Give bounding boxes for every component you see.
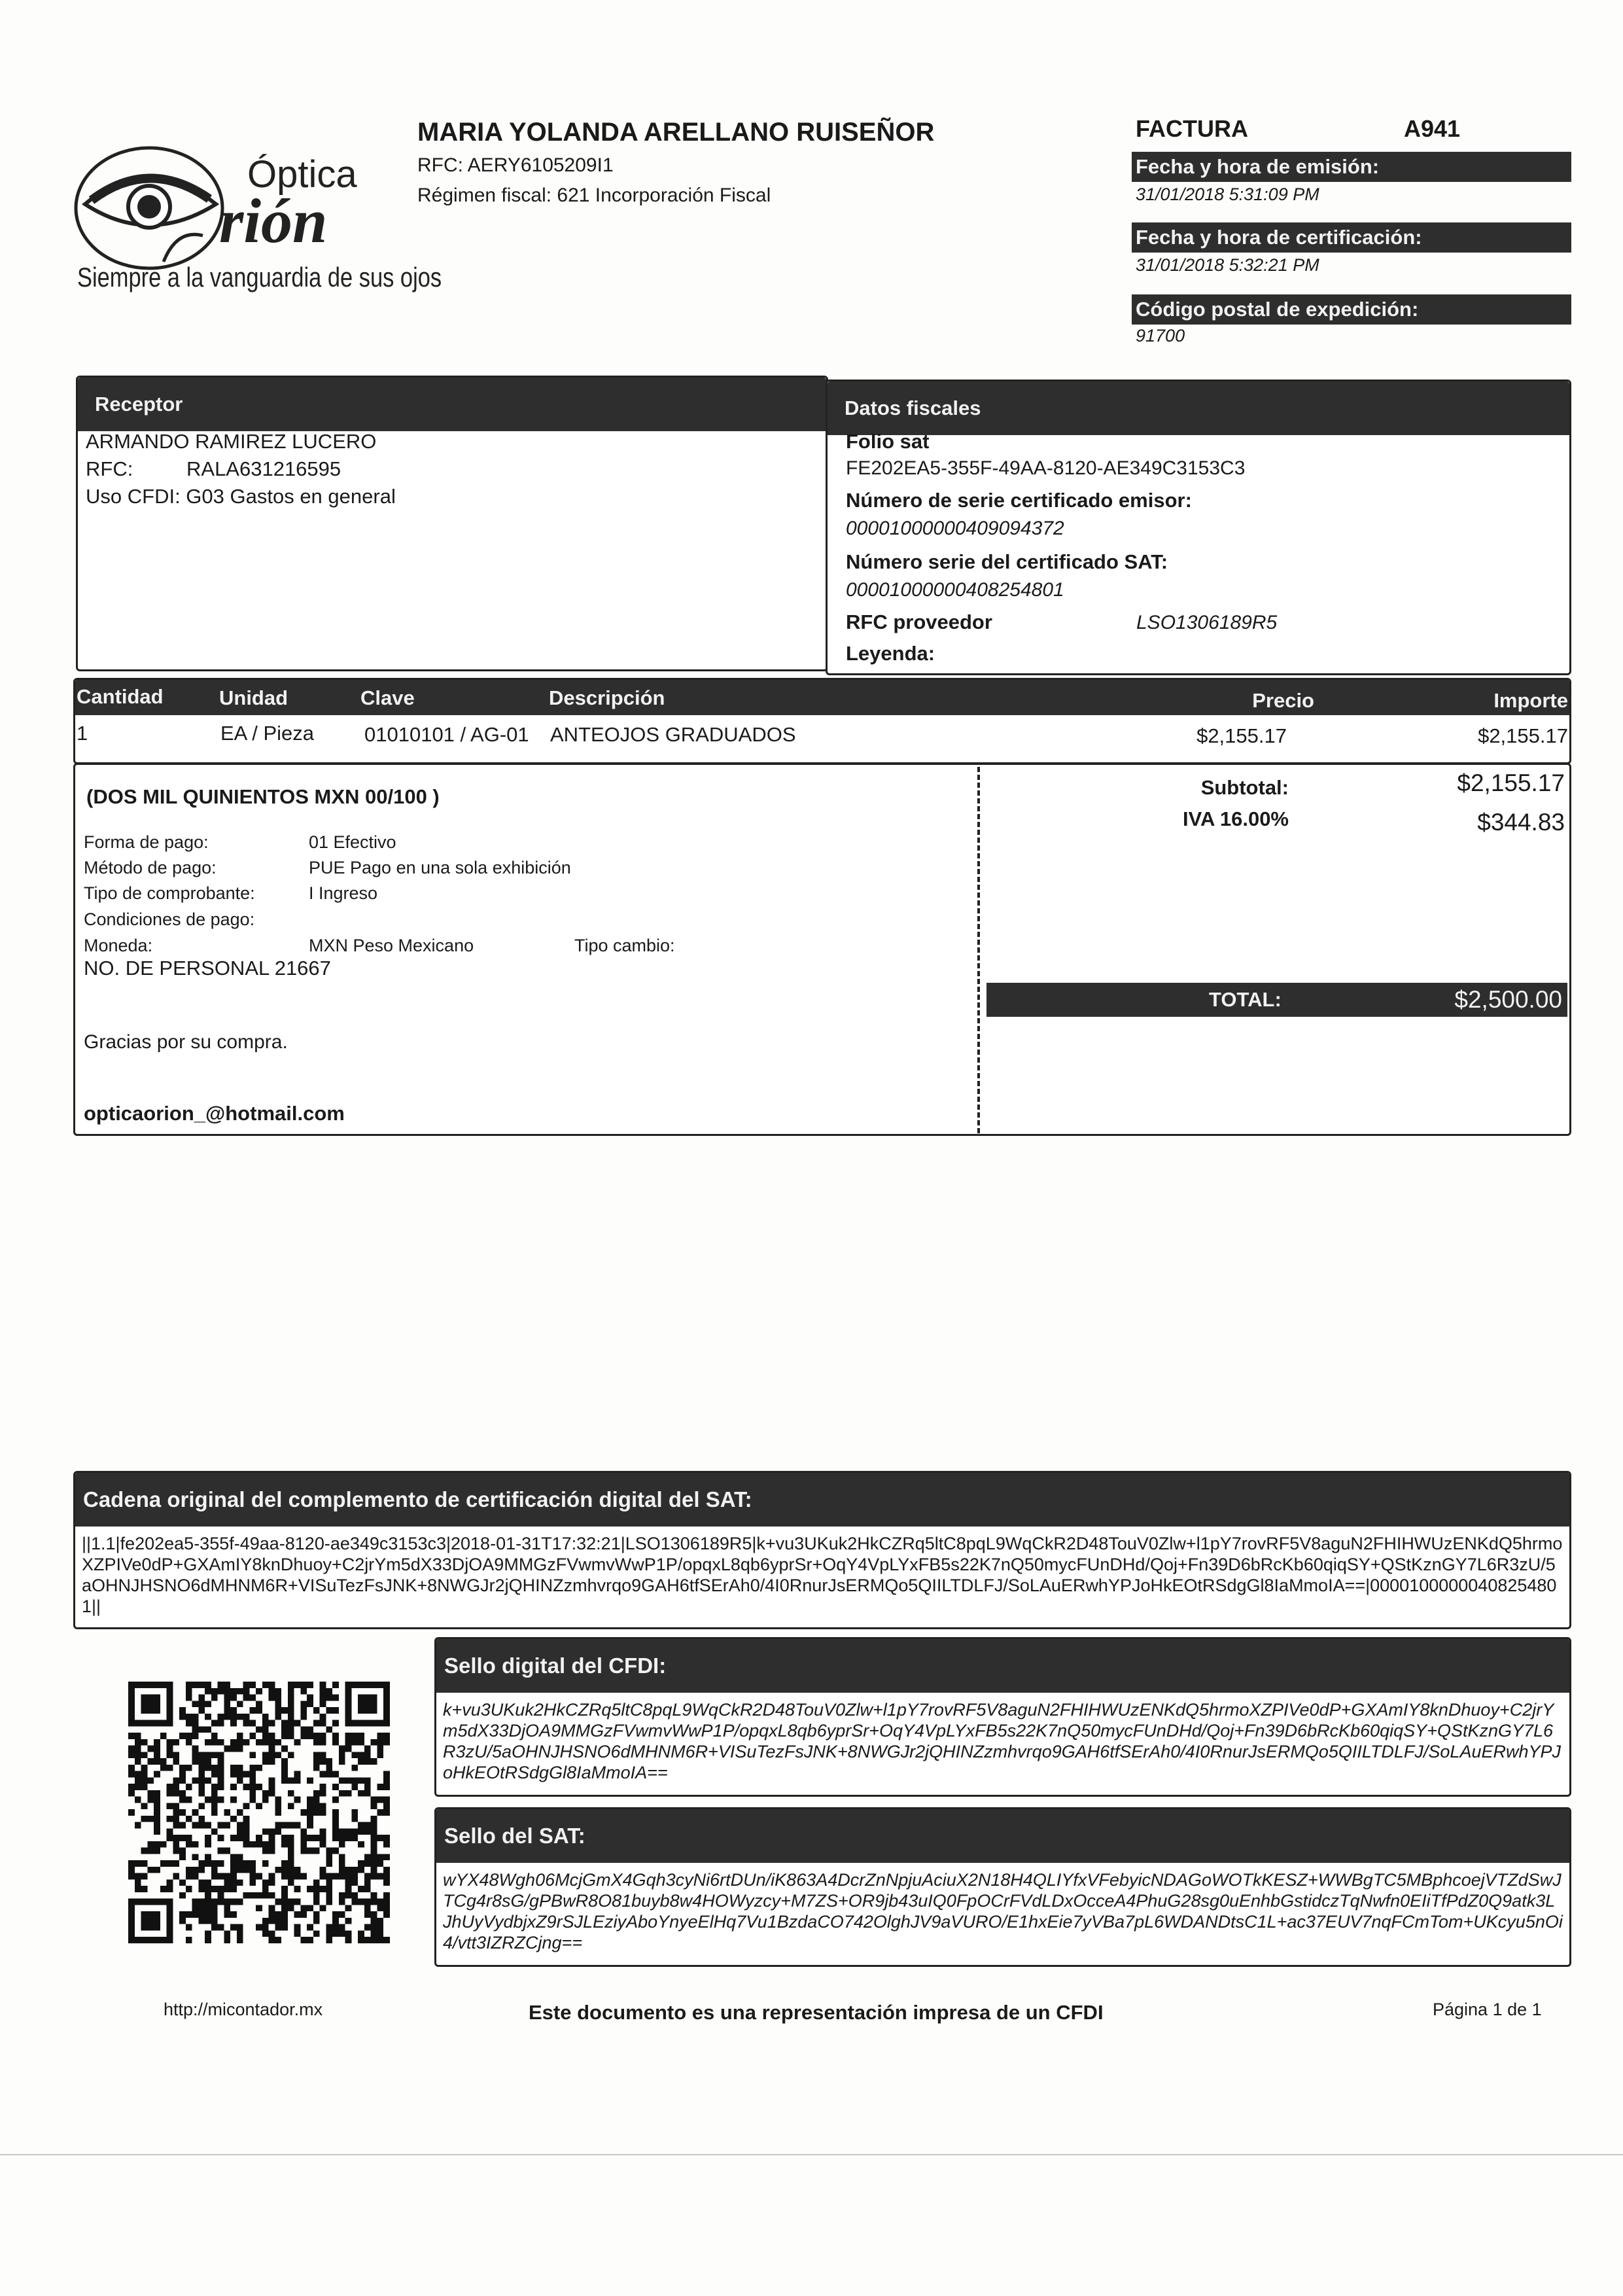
- footer-legend: Este documento es una representación imp…: [529, 2001, 1104, 2024]
- tipo-comprobante-label: Tipo de comprobante:: [84, 883, 255, 904]
- cell-clave: 01010101 / AG-01: [364, 723, 529, 747]
- sello-cfdi-text: k+vu3UKuk2HkCZRq5ltC8pqL9WqCkR2D48TouV0Z…: [436, 1693, 1569, 1790]
- sello-sat-text: wYX48Wgh06McjGmX4Gqh3cyNi6rtDUn/iK863A4D…: [436, 1863, 1569, 1960]
- cadena-original-box: Cadena original del complemento de certi…: [73, 1471, 1571, 1629]
- tipo-cambio-label: Tipo cambio:: [574, 936, 675, 956]
- document-type: FACTURA: [1136, 115, 1248, 143]
- emisor-name: MARIA YOLANDA ARELLANO RUISEÑOR: [417, 118, 934, 147]
- moneda-label: Moneda:: [84, 936, 152, 956]
- cadena-original-text: ||1.1|fe202ea5-355f-49aa-8120-ae349c3153…: [75, 1527, 1569, 1623]
- receptor-uso-cfdi: Uso CFDI: G03 Gastos en general: [86, 485, 396, 508]
- amount-in-words: (DOS MIL QUINIENTOS MXN 00/100 ): [86, 785, 440, 809]
- col-descripcion: Descripción: [549, 686, 665, 710]
- datos-fiscales-panel: Datos fiscales Folio sat FE202EA5-355F-4…: [826, 380, 1571, 675]
- certificacion-value: 31/01/2018 5:32:21 PM: [1136, 255, 1319, 275]
- receptor-name: ARMANDO RAMIREZ LUCERO: [86, 430, 376, 453]
- iva-label: IVA 16.00%: [1027, 807, 1289, 831]
- datos-fiscales-header: Datos fiscales: [828, 381, 1569, 435]
- moneda-value: MXN Peso Mexicano: [309, 936, 474, 956]
- qr-code-icon: [128, 1682, 390, 1943]
- sello-sat-header: Sello del SAT:: [436, 1809, 1569, 1863]
- cell-cantidad: 1: [77, 722, 88, 745]
- contact-email[interactable]: opticaorion_@hotmail.com: [84, 1102, 345, 1125]
- receptor-rfc-value: RALA631216595: [186, 457, 341, 481]
- svg-text:rión: rión: [219, 186, 327, 256]
- cell-importe: $2,155.17: [1478, 724, 1568, 748]
- cert-sat-label: Número serie del certificado SAT:: [846, 550, 1168, 574]
- footer-url[interactable]: http://micontador.mx: [164, 2000, 323, 2020]
- cadena-original-header: Cadena original del complemento de certi…: [75, 1473, 1569, 1527]
- items-table: Cantidad Unidad Clave Descripción Precio…: [73, 678, 1571, 764]
- emisor-rfc: RFC: AERY6105209I1: [417, 154, 614, 177]
- folio-value: FE202EA5-355F-49AA-8120-AE349C3153C3: [846, 457, 1245, 480]
- folio-label: Folio sat: [846, 430, 929, 453]
- metodo-pago-value: PUE Pago en una sola exhibición: [309, 858, 571, 878]
- emisor-regimen: Régimen fiscal: 621 Incorporación Fiscal: [417, 185, 771, 207]
- page-indicator: Página 1 de 1: [1433, 2000, 1542, 2020]
- summary-panel: [73, 763, 1571, 1136]
- forma-pago-value: 01 Efectivo: [309, 832, 396, 853]
- leyenda-label: Leyenda:: [846, 642, 935, 665]
- cell-unidad: EA / Pieza: [220, 722, 314, 745]
- numero-personal: NO. DE PERSONAL 21667: [84, 957, 331, 980]
- receptor-panel: Receptor ARMANDO RAMIREZ LUCERO RFC: RAL…: [76, 376, 828, 671]
- logo-tagline: Siempre a la vanguardia de sus ojos: [77, 262, 442, 293]
- iva-value: $344.83: [1369, 809, 1565, 836]
- items-header-row: Cantidad Unidad Clave Descripción Precio…: [75, 680, 1569, 715]
- emision-label: Fecha y hora de emisión:: [1132, 152, 1571, 182]
- total-value: $2,500.00: [1454, 983, 1562, 1017]
- col-importe: Importe: [1493, 689, 1568, 713]
- dashed-divider: [977, 767, 980, 1133]
- total-label: TOTAL:: [1209, 983, 1282, 1017]
- tipo-comprobante-value: I Ingreso: [309, 883, 377, 904]
- rfc-proveedor-value: LSO1306189R5: [1136, 612, 1277, 634]
- cert-sat-value: 00001000000408254801: [846, 579, 1064, 601]
- cell-precio: $2,155.17: [1196, 724, 1287, 748]
- sello-sat-box: Sello del SAT: wYX48Wgh06McjGmX4Gqh3cyNi…: [434, 1807, 1571, 1967]
- subtotal-value: $2,155.17: [1369, 769, 1565, 797]
- col-clave: Clave: [360, 686, 415, 710]
- cert-emisor-label: Número de serie certificado emisor:: [846, 489, 1192, 512]
- table-row: 1 EA / Pieza 01010101 / AG-01 ANTEOJOS G…: [75, 715, 1569, 762]
- invoice-number: A941: [1404, 115, 1460, 143]
- cert-emisor-value: 00001000000409094372: [846, 518, 1064, 540]
- cp-label: Código postal de expedición:: [1132, 294, 1571, 325]
- qr-code: [128, 1682, 390, 1943]
- cp-value: 91700: [1136, 326, 1185, 346]
- emision-value: 31/01/2018 5:31:09 PM: [1136, 185, 1319, 205]
- sello-cfdi-header: Sello digital del CFDI:: [436, 1639, 1569, 1693]
- certificacion-label: Fecha y hora de certificación:: [1132, 222, 1571, 253]
- receptor-header: Receptor: [78, 378, 826, 431]
- thanks-message: Gracias por su compra.: [84, 1031, 288, 1053]
- rfc-proveedor-label: RFC proveedor: [846, 610, 992, 634]
- cell-descripcion: ANTEOJOS GRADUADOS: [550, 723, 796, 747]
- condiciones-label: Condiciones de pago:: [84, 910, 254, 930]
- col-cantidad: Cantidad: [77, 685, 164, 709]
- subtotal-label: Subtotal:: [1027, 776, 1289, 800]
- receptor-rfc-label: RFC:: [86, 457, 133, 481]
- col-unidad: Unidad: [219, 686, 288, 710]
- col-precio: Precio: [1252, 689, 1314, 713]
- scan-edge-divider: [0, 2154, 1623, 2155]
- forma-pago-label: Forma de pago:: [84, 832, 209, 853]
- total-bar: TOTAL: $2,500.00: [986, 983, 1567, 1017]
- sello-cfdi-box: Sello digital del CFDI: k+vu3UKuk2HkCZRq…: [434, 1637, 1571, 1797]
- metodo-pago-label: Método de pago:: [84, 858, 217, 878]
